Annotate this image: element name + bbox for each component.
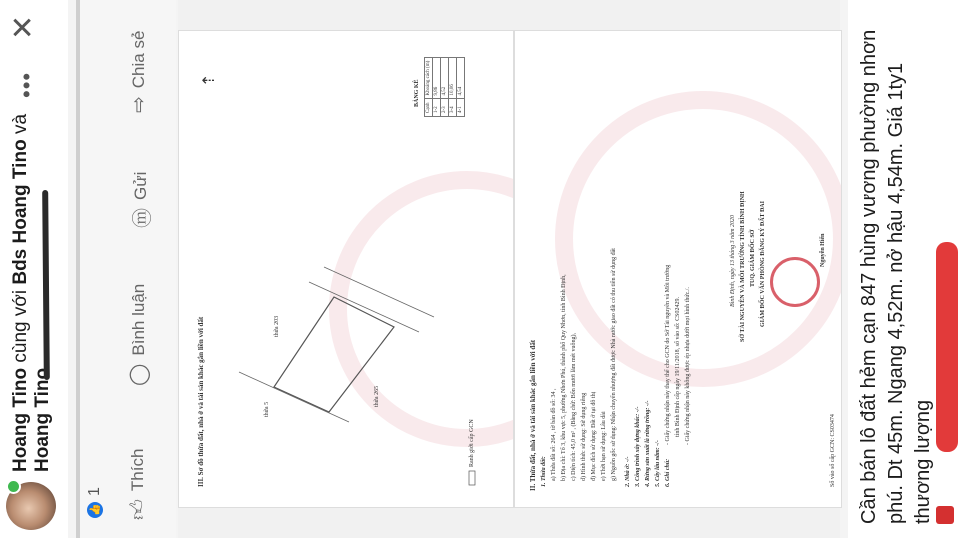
- land-line: b) Địa chỉ: Tổ 3, khu vực 5, phường Nhơn…: [561, 274, 567, 481]
- land-heading: 1. Thửa đất:: [541, 456, 547, 487]
- share-icon: ⇨: [126, 96, 151, 113]
- note-line: - Giấy chứng nhận này thay thế cho GCN d…: [665, 265, 671, 445]
- sign-org: SỞ TÀI NGUYÊN VÀ MÔI TRƯỜNG TỈNH BÌNH ĐỊ…: [740, 191, 746, 342]
- like-count: 1: [86, 487, 104, 496]
- official-stamp: [770, 257, 820, 307]
- land-line: g) Nguồn gốc sử dụng: Nhận chuyển nhượng…: [611, 248, 617, 481]
- more-icon[interactable]: •••: [14, 72, 40, 98]
- land-line: a) Thửa đất số: 264 , tờ bản đồ số: 34 ,: [551, 389, 557, 481]
- sign-date: Bình Định, ngày 13 tháng 3 năm 2020: [730, 215, 736, 307]
- tagged-user-2[interactable]: Hoang Tino: [32, 368, 53, 472]
- table-header: Khoảng cách (m): [425, 57, 433, 99]
- map-label: thửa 203: [274, 316, 280, 337]
- legend-label: Ranh giới cấp GCN: [469, 419, 475, 467]
- share-button[interactable]: ⇨ Chia sẻ: [126, 31, 151, 113]
- with-text: cùng với: [10, 285, 31, 368]
- messenger-icon: ⓜ: [126, 208, 155, 228]
- table-cell: 3-4: [449, 99, 457, 117]
- note-line: - Giấy chứng nhận này không được ép nhựa…: [685, 287, 691, 445]
- land-line: e) Thời hạn sử dụng: Lâu dài: [601, 411, 607, 481]
- note-line: tỉnh Bình Định cấp ngày 19/11/2018, số v…: [675, 297, 681, 437]
- section2-title: II. Thửa đất, nhà ở và tài sản khác gắn …: [529, 340, 537, 491]
- redacted-phone-number: [936, 242, 958, 452]
- gcn-number: Số vào sổ cấp GCN: CS03474: [830, 414, 836, 487]
- action-bar: 👍 1 👍︎ Thích ◯ Bình luận ⓜ Gửi ⇨ Chia sẻ: [80, 0, 176, 538]
- table-cell: 4,54: [457, 57, 465, 99]
- comment-button[interactable]: ◯ Bình luận: [126, 284, 151, 386]
- phone-icon: [936, 502, 954, 524]
- notes-heading: 6. Ghi chú:: [665, 459, 671, 487]
- share-label: Chia sẻ: [129, 31, 149, 89]
- watermark-seal: [555, 91, 842, 387]
- table-cell: 9,86: [433, 57, 441, 99]
- send-button[interactable]: ⓜ Gửi: [126, 172, 155, 228]
- land-line: đ) Mục đích sử dụng: Đất ở tại đô thị: [591, 392, 597, 481]
- comment-icon: ◯: [126, 364, 151, 386]
- certificate-page-map: III. Sơ đồ thửa đất, nhà ở và tài sản kh…: [178, 30, 514, 508]
- table-cell: 10,06: [449, 57, 457, 99]
- like-button[interactable]: 👍︎ Thích: [126, 449, 150, 520]
- item-line: 5. Cây lâu năm: -/-: [655, 440, 661, 487]
- send-label: Gửi: [131, 172, 151, 200]
- sign-org: GIÁM ĐỐC VĂN PHÒNG ĐĂNG KÝ ĐẤT ĐAI: [760, 201, 766, 327]
- and-text: và: [10, 114, 31, 139]
- table-title: BẢNG KÊ: [414, 79, 420, 107]
- comment-label: Bình luận: [129, 284, 149, 356]
- signer-name: Nguyễn Hiến: [820, 233, 826, 267]
- post-photo[interactable]: III. Sơ đồ thửa đất, nhà ở và tài sản kh…: [178, 0, 840, 538]
- table-cell: 4-1: [457, 99, 465, 117]
- item-line: 4. Rừng sản xuất là rừng trồng: -/-: [645, 400, 651, 487]
- table-cell: 4,52: [441, 57, 449, 99]
- item-line: 3. Công trình xây dựng khác: -/-: [635, 407, 641, 487]
- land-line: d) Hình thức sử dụng: Sử dụng riêng: [581, 393, 587, 481]
- close-icon[interactable]: ✕: [6, 15, 41, 40]
- like-label: Thích: [128, 449, 148, 492]
- thumbs-up-icon: 👍︎: [126, 499, 150, 520]
- caption-text: Cần bán lô đất hẻm cạn 847 hùng vương ph…: [856, 24, 937, 524]
- sign-org: TUQ. GIÁM ĐỐC SỞ: [750, 230, 756, 287]
- thumbs-up-badge-icon: 👍: [87, 502, 103, 518]
- table-cell: 1-2: [433, 99, 441, 117]
- map-label: thửa 265: [374, 386, 380, 407]
- land-line: c) Diện tích: 45,0 m² , (Bằng chữ: Bốn m…: [571, 333, 577, 481]
- table-cell: 2-3: [441, 99, 449, 117]
- phone-screen: Hoang Tino cùng với Bds Hoang Tino và Ho…: [0, 0, 960, 538]
- post-header: Hoang Tino cùng với Bds Hoang Tino và Ho…: [0, 0, 68, 538]
- certificate-page-details: II. Thửa đất, nhà ở và tài sản khác gắn …: [514, 30, 842, 508]
- item-line: 2. Nhà ở: -/-: [625, 456, 631, 487]
- map-label: thửa 5: [264, 402, 270, 417]
- post-caption: Cần bán lô đất hẻm cạn 847 hùng vương ph…: [848, 0, 960, 538]
- table-header: Cạnh: [425, 99, 433, 117]
- online-status-dot: [6, 479, 21, 494]
- reaction-summary[interactable]: 👍 1: [86, 487, 104, 518]
- tagged-user-1[interactable]: Bds Hoang Tino: [10, 139, 31, 284]
- distance-table: CạnhKhoảng cách (m) 1-29,86 2-34,52 3-41…: [424, 57, 465, 117]
- author-name[interactable]: Hoang Tino: [10, 368, 31, 472]
